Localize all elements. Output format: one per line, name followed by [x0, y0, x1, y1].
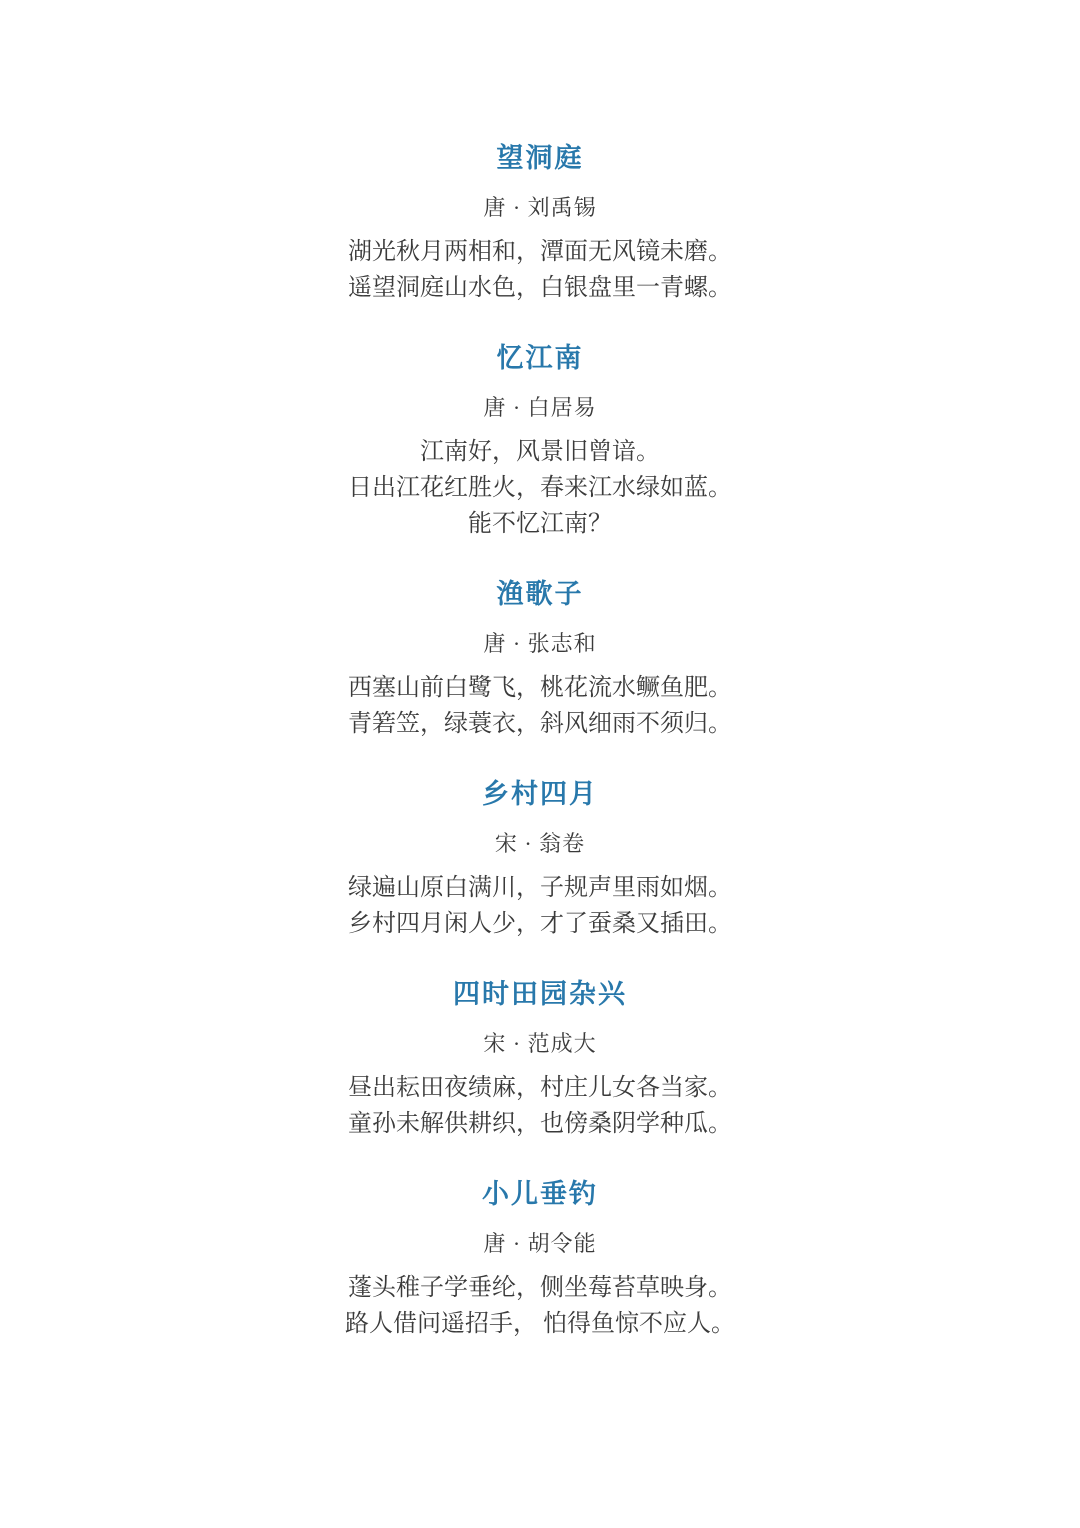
poem-line: 昼出耘田夜绩麻，村庄儿女各当家。	[0, 1070, 1080, 1106]
poem-author: 唐 · 白居易	[0, 395, 1080, 421]
poem-line: 乡村四月闲人少，才了蚕桑又插田。	[0, 906, 1080, 942]
poem-title: 小儿垂钓	[0, 1178, 1080, 1211]
poem-line: 遥望洞庭山水色，白银盘里一青螺。	[0, 270, 1080, 306]
poem-title: 乡村四月	[0, 778, 1080, 811]
poem-author: 唐 · 胡令能	[0, 1231, 1080, 1257]
poem-line: 路人借问遥招手， 怕得鱼惊不应人。	[0, 1306, 1080, 1342]
poem-line: 蓬头稚子学垂纶，侧坐莓苔草映身。	[0, 1270, 1080, 1306]
poem-line: 江南好，风景旧曾谙。	[0, 434, 1080, 470]
poem-line: 童孙未解供耕织，也傍桑阴学种瓜。	[0, 1106, 1080, 1142]
poem-title: 望洞庭	[0, 142, 1080, 175]
poem-block-xiao-er-chui-diao: 小儿垂钓 唐 · 胡令能 蓬头稚子学垂纶，侧坐莓苔草映身。 路人借问遥招手， 怕…	[0, 1178, 1080, 1342]
poem-author: 宋 · 翁卷	[0, 831, 1080, 857]
poem-block-yu-ge-zi: 渔歌子 唐 · 张志和 西塞山前白鹭飞，桃花流水鳜鱼肥。 青箬笠，绿蓑衣，斜风细…	[0, 578, 1080, 742]
poem-block-yi-jiang-nan: 忆江南 唐 · 白居易 江南好，风景旧曾谙。 日出江花红胜火，春来江水绿如蓝。 …	[0, 342, 1080, 542]
poem-block-wang-dong-ting: 望洞庭 唐 · 刘禹锡 湖光秋月两相和，潭面无风镜未磨。 遥望洞庭山水色，白银盘…	[0, 142, 1080, 306]
poem-title: 忆江南	[0, 342, 1080, 375]
poem-line: 能不忆江南？	[0, 506, 1080, 542]
poem-line: 湖光秋月两相和，潭面无风镜未磨。	[0, 234, 1080, 270]
poem-line: 西塞山前白鹭飞，桃花流水鳜鱼肥。	[0, 670, 1080, 706]
poem-line: 绿遍山原白满川，子规声里雨如烟。	[0, 870, 1080, 906]
poem-line: 青箬笠，绿蓑衣，斜风细雨不须归。	[0, 706, 1080, 742]
poem-author: 宋 · 范成大	[0, 1031, 1080, 1057]
poem-author: 唐 · 张志和	[0, 631, 1080, 657]
poem-page: 望洞庭 唐 · 刘禹锡 湖光秋月两相和，潭面无风镜未磨。 遥望洞庭山水色，白银盘…	[0, 0, 1080, 1528]
poem-block-si-shi-tian-yuan-za-xing: 四时田园杂兴 宋 · 范成大 昼出耘田夜绩麻，村庄儿女各当家。 童孙未解供耕织，…	[0, 978, 1080, 1142]
poem-title: 渔歌子	[0, 578, 1080, 611]
poem-author: 唐 · 刘禹锡	[0, 195, 1080, 221]
poem-block-xiang-cun-si-yue: 乡村四月 宋 · 翁卷 绿遍山原白满川，子规声里雨如烟。 乡村四月闲人少，才了蚕…	[0, 778, 1080, 942]
poem-title: 四时田园杂兴	[0, 978, 1080, 1011]
poem-line: 日出江花红胜火，春来江水绿如蓝。	[0, 470, 1080, 506]
